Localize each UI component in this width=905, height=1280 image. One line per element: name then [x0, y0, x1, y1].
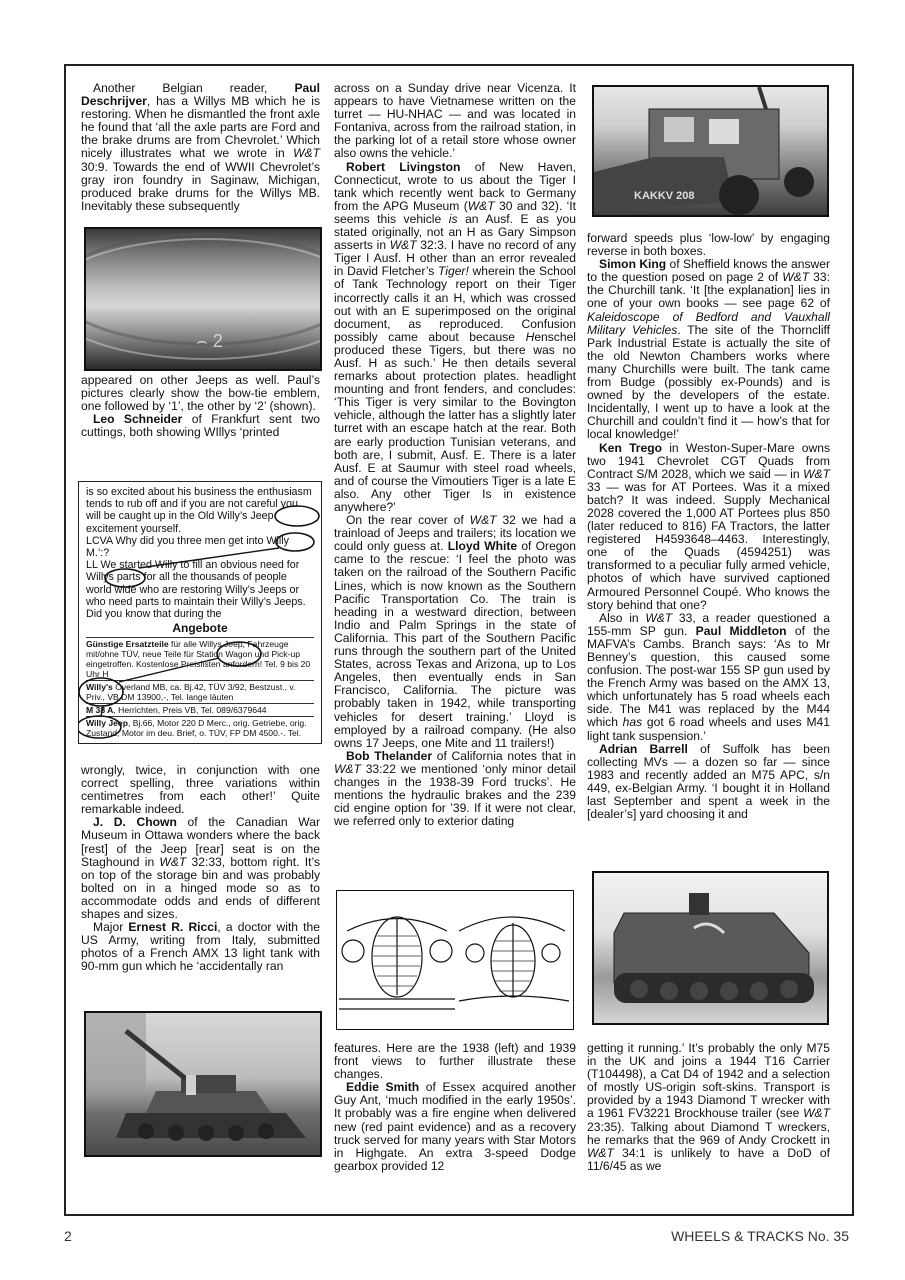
page-bottom-rule — [64, 1214, 854, 1216]
apc-illustration — [594, 873, 827, 1023]
newspaper-clipping: is so excited about his business the ent… — [78, 481, 322, 744]
paragraph-1938-1939: features. Here are the 1938 (left) and 1… — [334, 1042, 576, 1081]
paragraph-paul-middleton: Also in W&T 33, a reader questioned a 15… — [587, 612, 830, 743]
column-1-bottom: wrongly, twice, in conjunction with one … — [81, 764, 320, 974]
paragraph-ken-trego: Ken Trego in Weston-Super-Mare owns two … — [587, 442, 830, 612]
column-1-top: Another Belgian reader, Paul Deschrijver… — [81, 82, 320, 213]
paragraph-thelander: Bob Thelander of California notes that i… — [334, 750, 576, 829]
column-1-mid: appeared on other Jeeps as well. Paul’s … — [81, 374, 320, 439]
tank-illustration — [86, 1013, 320, 1155]
page-number: 2 — [64, 1228, 72, 1244]
column-2-top: across on a Sunday drive near Vicenza. I… — [334, 82, 576, 828]
brake-drum-illustration: ⌢ 2 — [86, 229, 320, 369]
column-2-bottom: features. Here are the 1938 (left) and 1… — [334, 1042, 576, 1173]
paragraph-ricci: Major Ernest R. Ricci, a doctor with the… — [81, 921, 320, 973]
paragraph-lloyd-white: On the rear cover of W&T 32 we had a tra… — [334, 514, 576, 750]
column-3-bottom: getting it running.’ It’s probably the o… — [587, 1042, 830, 1173]
photo-guy-ant-recovery-truck: KAKKV 208 — [592, 85, 829, 217]
handwritten-circles-annotation — [79, 482, 323, 745]
truck-illustration: KAKKV 208 — [594, 87, 827, 215]
illustration-ford-fronts — [336, 890, 574, 1030]
column-3-top: forward speeds plus ‘low-low’ by engagin… — [587, 232, 830, 821]
paragraph-bowtie: appeared on other Jeeps as well. Paul’s … — [81, 374, 320, 413]
paragraph-low-low: forward speeds plus ‘low-low’ by engagin… — [587, 232, 830, 258]
photo-m75-apc — [592, 871, 829, 1025]
paragraph-eddie-smith: Eddie Smith of Essex acquired another Gu… — [334, 1081, 576, 1173]
svg-text:KAKKV 208: KAKKV 208 — [634, 190, 695, 202]
paragraph-chown: J. D. Chown of the Canadian War Museum i… — [81, 816, 320, 921]
paragraph-livingston: Robert Livingston of New Haven, Connecti… — [334, 161, 576, 515]
paragraph-vicenza: across on a Sunday drive near Vicenza. I… — [334, 82, 576, 161]
ford-grille-drawing — [337, 891, 573, 1029]
paragraph-schneider: Leo Schneider of Frankfurt sent two cutt… — [81, 413, 320, 439]
photo-amx13-tank — [84, 1011, 322, 1157]
paragraph-m75-uk: getting it running.’ It’s probably the o… — [587, 1042, 830, 1173]
paragraph-adrian-barrell: Adrian Barrell of Suffolk has been colle… — [587, 743, 830, 822]
paragraph-deschrijver: Another Belgian reader, Paul Deschrijver… — [81, 82, 320, 213]
paragraph-wrongly: wrongly, twice, in conjunction with one … — [81, 764, 320, 816]
photo-brake-drum: ⌢ 2 — [84, 227, 322, 371]
publication-footer: WHEELS & TRACKS No. 35 — [671, 1228, 849, 1244]
svg-text:⌢ 2: ⌢ 2 — [196, 331, 223, 351]
paragraph-simon-king: Simon King of Sheffield knows the answer… — [587, 258, 830, 441]
